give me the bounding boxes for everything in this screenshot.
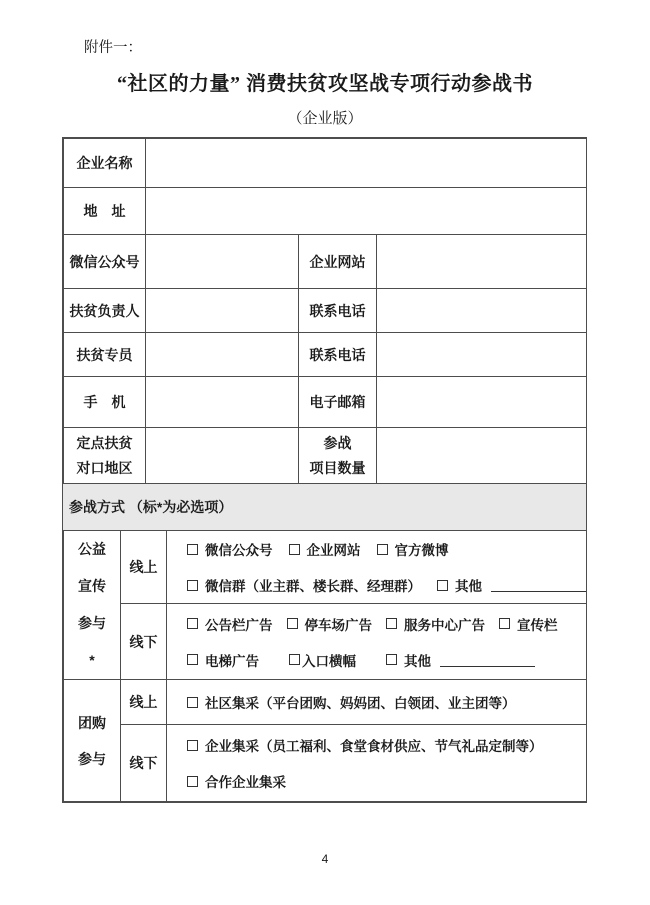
groupbuy-group-label: 团购 参与: [64, 680, 121, 802]
info-row-address: 地 址: [64, 188, 587, 235]
publicity-offline-options: 公告栏广告 停车场广告 服务中心广告 宣传栏: [167, 604, 587, 680]
info-row-mobile-email: 手 机 电子邮箱: [64, 377, 587, 428]
checkbox-online-other[interactable]: 其他: [437, 575, 586, 595]
checkbox-icon[interactable]: [187, 697, 198, 708]
checkbox-icon[interactable]: [289, 654, 300, 665]
wechat-account-label: 微信公众号: [64, 235, 146, 289]
leader-phone-label: 联系电话: [299, 289, 377, 333]
checkbox-icon[interactable]: [437, 580, 448, 591]
leader-label: 扶贫负责人: [64, 289, 146, 333]
checkbox-service-center-ad[interactable]: 服务中心广告: [386, 614, 485, 634]
groupbuy-online-label: 线上: [121, 680, 167, 725]
checkbox-icon[interactable]: [187, 776, 198, 787]
checkbox-elevator-ad[interactable]: 电梯广告: [187, 650, 259, 670]
participation-row-publicity-offline: 线下 公告栏广告 停车场广告 服务中心广告: [64, 604, 587, 680]
address-input[interactable]: [146, 188, 587, 235]
company-name-label: 企业名称: [64, 139, 146, 188]
mobile-label: 手 机: [64, 377, 146, 428]
participation-section-header: 参战方式 （标*为必选项）: [63, 484, 586, 530]
document-page: { "page": { "attachment_label": "附件一：", …: [0, 0, 650, 905]
checkbox-icon[interactable]: [187, 580, 198, 591]
checkbox-company-website[interactable]: 企业网站: [289, 539, 361, 559]
checkbox-icon[interactable]: [187, 618, 198, 629]
project-count-label: 参战 项目数量: [299, 428, 377, 484]
checkbox-icon[interactable]: [187, 654, 198, 665]
publicity-offline-label: 线下: [121, 604, 167, 680]
attachment-label: 附件一：: [84, 36, 142, 57]
checkbox-icon[interactable]: [289, 544, 300, 555]
participation-row-groupbuy-online: 团购 参与 线上 社区集采（平台团购、妈妈团、白领团、业主团等）: [64, 680, 587, 725]
participation-row-groupbuy-offline: 线下 企业集采（员工福利、食堂食材供应、节气礼品定制等） 合作企业集采: [64, 725, 587, 802]
info-table: 企业名称 地 址 微信公众号 企业网站 扶贫负责人 联系电话 扶贫专员 联系电话…: [63, 138, 587, 484]
specialist-label: 扶贫专员: [64, 333, 146, 377]
address-label: 地 址: [64, 188, 146, 235]
other-fill-in-line[interactable]: [491, 578, 586, 592]
other-fill-in-line[interactable]: [440, 653, 535, 667]
checkbox-icon[interactable]: [187, 544, 198, 555]
groupbuy-offline-options: 企业集采（员工福利、食堂食材供应、节气礼品定制等） 合作企业集采: [167, 725, 587, 802]
checkbox-official-weibo[interactable]: 官方微博: [377, 539, 449, 559]
target-area-label: 定点扶贫 对口地区: [64, 428, 146, 484]
page-number: 4: [0, 852, 650, 866]
checkbox-community-group-buying[interactable]: 社区集采（平台团购、妈妈团、白领团、业主团等）: [187, 692, 516, 712]
leader-phone-input[interactable]: [377, 289, 587, 333]
info-row-specialist: 扶贫专员 联系电话: [64, 333, 587, 377]
groupbuy-offline-label: 线下: [121, 725, 167, 802]
checkbox-bulletin-board-ad[interactable]: 公告栏广告: [187, 614, 273, 634]
info-row-target-area: 定点扶贫 对口地区 参战 项目数量: [64, 428, 587, 484]
publicity-group-label: 公益 宣传 参与 *: [64, 531, 121, 680]
website-input[interactable]: [377, 235, 587, 289]
leader-name-input[interactable]: [146, 289, 299, 333]
email-input[interactable]: [377, 377, 587, 428]
checkbox-icon[interactable]: [377, 544, 388, 555]
checkbox-icon[interactable]: [386, 654, 397, 665]
info-row-leader: 扶贫负责人 联系电话: [64, 289, 587, 333]
info-row-company-name: 企业名称: [64, 139, 587, 188]
publicity-online-options: 微信公众号 企业网站 官方微博 微信群（业主群、楼长群、经理群）: [167, 531, 587, 604]
participation-row-publicity-online: 公益 宣传 参与 * 线上 微信公众号 企业网站: [64, 531, 587, 604]
form-table: 企业名称 地 址 微信公众号 企业网站 扶贫负责人 联系电话 扶贫专员 联系电话…: [62, 137, 587, 803]
groupbuy-online-options: 社区集采（平台团购、妈妈团、白领团、业主团等）: [167, 680, 587, 725]
specialist-phone-label: 联系电话: [299, 333, 377, 377]
mobile-input[interactable]: [146, 377, 299, 428]
specialist-phone-input[interactable]: [377, 333, 587, 377]
checkbox-entrance-banner[interactable]: 入口横幅: [289, 650, 356, 670]
checkbox-parking-lot-ad[interactable]: 停车场广告: [287, 614, 373, 634]
checkbox-promo-column[interactable]: 宣传栏: [499, 614, 558, 634]
target-area-input[interactable]: [146, 428, 299, 484]
publicity-online-label: 线上: [121, 531, 167, 604]
checkbox-enterprise-procurement[interactable]: 企业集采（员工福利、食堂食材供应、节气礼品定制等）: [187, 735, 543, 755]
checkbox-offline-other[interactable]: 其他: [386, 650, 535, 670]
page-title: “社区的力量” 消费扶贫攻坚战专项行动参战书: [0, 67, 650, 96]
checkbox-wechat-groups[interactable]: 微信群（业主群、楼长群、经理群）: [187, 575, 421, 595]
company-name-input[interactable]: [146, 139, 587, 188]
checkbox-icon[interactable]: [287, 618, 298, 629]
checkbox-wechat-official-account[interactable]: 微信公众号: [187, 539, 273, 559]
wechat-account-input[interactable]: [146, 235, 299, 289]
checkbox-icon[interactable]: [386, 618, 397, 629]
participation-table: 公益 宣传 参与 * 线上 微信公众号 企业网站: [63, 530, 587, 802]
page-subtitle: （企业版）: [0, 107, 650, 128]
website-label: 企业网站: [299, 235, 377, 289]
checkbox-icon[interactable]: [499, 618, 510, 629]
project-count-input[interactable]: [377, 428, 587, 484]
checkbox-icon[interactable]: [187, 740, 198, 751]
email-label: 电子邮箱: [299, 377, 377, 428]
checkbox-partner-enterprise-procurement[interactable]: 合作企业集采: [187, 771, 286, 791]
info-row-wechat-website: 微信公众号 企业网站: [64, 235, 587, 289]
specialist-name-input[interactable]: [146, 333, 299, 377]
